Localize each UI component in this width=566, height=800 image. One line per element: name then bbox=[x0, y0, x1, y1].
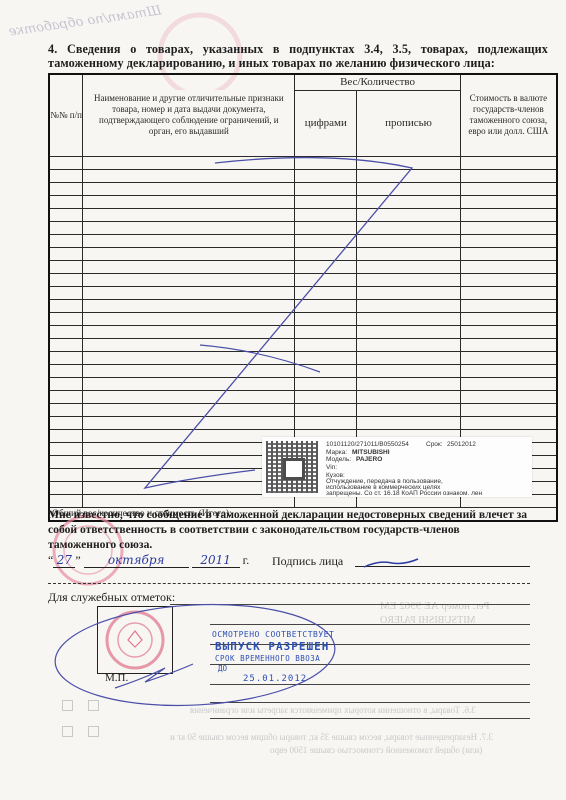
cell-name[interactable] bbox=[83, 325, 295, 338]
cell-cost[interactable] bbox=[460, 156, 557, 169]
service-line-4 bbox=[210, 664, 530, 665]
cell-words[interactable] bbox=[357, 247, 461, 260]
cell-number[interactable] bbox=[49, 468, 83, 481]
bleed-through-l1: 3.6. Товары, в отношении которых применя… bbox=[190, 705, 476, 715]
service-line-7 bbox=[210, 718, 530, 719]
cell-cost[interactable] bbox=[460, 338, 557, 351]
cell-number[interactable] bbox=[49, 442, 83, 455]
cell-cost[interactable] bbox=[460, 403, 557, 416]
cell-name[interactable] bbox=[83, 156, 295, 169]
bleed-checkbox-4 bbox=[88, 726, 99, 737]
cell-number[interactable] bbox=[49, 221, 83, 234]
cell-name[interactable] bbox=[83, 221, 295, 234]
cell-name[interactable] bbox=[83, 182, 295, 195]
table-row bbox=[49, 299, 557, 312]
cell-name[interactable] bbox=[83, 377, 295, 390]
bleed-checkbox-2 bbox=[88, 700, 99, 711]
cell-cost[interactable] bbox=[460, 208, 557, 221]
date-month: октября bbox=[84, 553, 189, 568]
bleed-checkbox-3 bbox=[62, 726, 73, 737]
section-title: 4. Сведения о товарах, указанных в подпу… bbox=[48, 42, 548, 70]
cell-cost[interactable] bbox=[460, 312, 557, 325]
cell-name[interactable] bbox=[83, 247, 295, 260]
table-row bbox=[49, 286, 557, 299]
cell-number[interactable] bbox=[49, 481, 83, 494]
sticker-model: PAJERO bbox=[356, 456, 382, 463]
cell-number[interactable] bbox=[49, 169, 83, 182]
table-row bbox=[49, 338, 557, 351]
cell-words[interactable] bbox=[357, 169, 461, 182]
dashed-separator bbox=[48, 583, 530, 584]
service-marks-label: Для служебных отметок: bbox=[48, 590, 175, 605]
cell-digits[interactable] bbox=[295, 416, 357, 429]
cell-cost[interactable] bbox=[460, 169, 557, 182]
cell-words[interactable] bbox=[357, 325, 461, 338]
cell-cost[interactable] bbox=[460, 377, 557, 390]
cell-cost[interactable] bbox=[460, 221, 557, 234]
signature-label: Подпись лица bbox=[272, 554, 343, 569]
cell-digits[interactable] bbox=[295, 377, 357, 390]
stamp-inspected: ОСМОТРЕНО СООТВЕТСТВУЕТ bbox=[212, 630, 334, 639]
cell-digits[interactable] bbox=[295, 156, 357, 169]
cell-cost[interactable] bbox=[460, 299, 557, 312]
service-line-2 bbox=[210, 624, 530, 625]
table-row bbox=[49, 247, 557, 260]
cell-cost[interactable] bbox=[460, 260, 557, 273]
cell-digits[interactable] bbox=[295, 182, 357, 195]
cell-name[interactable] bbox=[83, 169, 295, 182]
signature-date: “27” октября 2011 г. bbox=[48, 553, 249, 568]
date-day: 27 bbox=[53, 553, 75, 568]
table-row bbox=[49, 208, 557, 221]
bleed-through-reg-number: Рег. номер АЕ 9962 ЕМ bbox=[380, 600, 490, 612]
bleed-checkbox-1 bbox=[62, 700, 73, 711]
cell-words[interactable] bbox=[357, 299, 461, 312]
cell-name[interactable] bbox=[83, 195, 295, 208]
bleed-through-l3: (или) общей таможенной стоимостью свыше … bbox=[270, 745, 482, 755]
cell-number[interactable] bbox=[49, 208, 83, 221]
cell-cost[interactable] bbox=[460, 390, 557, 403]
cell-number[interactable] bbox=[49, 377, 83, 390]
cell-number[interactable] bbox=[49, 260, 83, 273]
declaration-text: Мне известно, что сообщение в таможенной… bbox=[48, 507, 528, 552]
cell-cost[interactable] bbox=[460, 325, 557, 338]
cell-words[interactable] bbox=[357, 390, 461, 403]
cell-digits[interactable] bbox=[295, 364, 357, 377]
cell-number[interactable] bbox=[49, 351, 83, 364]
sticker-vin-label: Vin: bbox=[326, 464, 337, 471]
cell-digits[interactable] bbox=[295, 273, 357, 286]
cell-digits[interactable] bbox=[295, 312, 357, 325]
cell-name[interactable] bbox=[83, 351, 295, 364]
cell-name[interactable] bbox=[83, 260, 295, 273]
cell-words[interactable] bbox=[357, 364, 461, 377]
stamp-release-permitted: ВЫПУСК РАЗРЕШЕН bbox=[215, 640, 329, 653]
cell-number[interactable] bbox=[49, 494, 83, 507]
cell-words[interactable] bbox=[357, 273, 461, 286]
sticker-model-label: Модель: bbox=[326, 456, 351, 463]
header-words: прописью bbox=[357, 90, 461, 156]
stamp-date: 25.01.2012 bbox=[243, 674, 307, 684]
cell-cost[interactable] bbox=[460, 416, 557, 429]
customs-sticker: 10101120/271011/В0550254 Срок: 25012012 … bbox=[262, 437, 532, 497]
cell-name[interactable] bbox=[83, 338, 295, 351]
cell-number[interactable] bbox=[49, 156, 83, 169]
seal-box bbox=[97, 606, 173, 674]
cell-number[interactable] bbox=[49, 286, 83, 299]
cell-words[interactable] bbox=[357, 377, 461, 390]
sticker-deadline: 25012012 bbox=[447, 441, 476, 448]
cell-digits[interactable] bbox=[295, 247, 357, 260]
cell-digits[interactable] bbox=[295, 325, 357, 338]
cell-digits[interactable] bbox=[295, 234, 357, 247]
cell-cost[interactable] bbox=[460, 247, 557, 260]
cell-words[interactable] bbox=[357, 195, 461, 208]
header-digits: цифрами bbox=[295, 90, 357, 156]
cell-number[interactable] bbox=[49, 416, 83, 429]
cell-digits[interactable] bbox=[295, 260, 357, 273]
sticker-deadline-label: Срок: bbox=[426, 441, 443, 448]
cell-number[interactable] bbox=[49, 234, 83, 247]
cell-number[interactable] bbox=[49, 338, 83, 351]
date-year: 2011 bbox=[192, 553, 240, 568]
cell-name[interactable] bbox=[83, 416, 295, 429]
service-line-5 bbox=[210, 684, 530, 685]
mp-label: М.П. bbox=[105, 672, 128, 684]
cell-number[interactable] bbox=[49, 273, 83, 286]
table-row bbox=[49, 221, 557, 234]
table-row bbox=[49, 364, 557, 377]
sticker-brand-label: Марка: bbox=[326, 449, 347, 456]
table-row bbox=[49, 416, 557, 429]
cell-words[interactable] bbox=[357, 221, 461, 234]
cell-name[interactable] bbox=[83, 364, 295, 377]
table-row bbox=[49, 195, 557, 208]
cell-name[interactable] bbox=[83, 286, 295, 299]
qr-code-icon bbox=[266, 441, 318, 493]
cell-words[interactable] bbox=[357, 416, 461, 429]
sticker-brand: MITSUBISHI bbox=[352, 449, 390, 456]
table-row bbox=[49, 234, 557, 247]
date-year-suffix: г. bbox=[243, 553, 250, 567]
stamp-until: ДО bbox=[218, 664, 227, 673]
cell-digits[interactable] bbox=[295, 338, 357, 351]
cell-name[interactable] bbox=[83, 299, 295, 312]
cell-cost[interactable] bbox=[460, 364, 557, 377]
cell-number[interactable] bbox=[49, 312, 83, 325]
cell-cost[interactable] bbox=[460, 195, 557, 208]
cell-number[interactable] bbox=[49, 195, 83, 208]
cell-words[interactable] bbox=[357, 286, 461, 299]
cell-digits[interactable] bbox=[295, 221, 357, 234]
cell-digits[interactable] bbox=[295, 195, 357, 208]
cell-words[interactable] bbox=[357, 208, 461, 221]
cell-name[interactable] bbox=[83, 390, 295, 403]
cell-digits[interactable] bbox=[295, 403, 357, 416]
signature-mark bbox=[362, 556, 422, 570]
cell-digits[interactable] bbox=[295, 390, 357, 403]
table-row bbox=[49, 403, 557, 416]
stamp-temp-import: СРОК ВРЕМЕННОГО ВВОЗА bbox=[215, 654, 320, 663]
cell-cost[interactable] bbox=[460, 273, 557, 286]
header-number: №№ п/п bbox=[49, 74, 83, 156]
table-row bbox=[49, 169, 557, 182]
bleed-through-l2: 3.7. Незапрещенные товары, весом свыше 3… bbox=[170, 732, 493, 742]
cell-words[interactable] bbox=[357, 182, 461, 195]
cell-cost[interactable] bbox=[460, 286, 557, 299]
cell-words[interactable] bbox=[357, 234, 461, 247]
cell-number[interactable] bbox=[49, 390, 83, 403]
sticker-note-3: запрещены. Со ст. 16.18 КоАП России озна… bbox=[326, 490, 482, 497]
cell-words[interactable] bbox=[357, 156, 461, 169]
cell-number[interactable] bbox=[49, 364, 83, 377]
seal-stamp-icon bbox=[98, 607, 172, 673]
table-row bbox=[49, 325, 557, 338]
cell-number[interactable] bbox=[49, 403, 83, 416]
cell-cost[interactable] bbox=[460, 234, 557, 247]
cell-number[interactable] bbox=[49, 429, 83, 442]
cell-name[interactable] bbox=[83, 273, 295, 286]
header-cost: Стоимость в валюте государств-членов там… bbox=[460, 74, 557, 156]
table-row bbox=[49, 312, 557, 325]
sticker-id: 10101120/271011/В0550254 bbox=[326, 441, 409, 448]
header-weight-qty: Вес/Количество bbox=[295, 74, 460, 90]
cell-name[interactable] bbox=[83, 312, 295, 325]
cell-digits[interactable] bbox=[295, 299, 357, 312]
table-row bbox=[49, 390, 557, 403]
service-line-6 bbox=[210, 702, 530, 703]
cell-words[interactable] bbox=[357, 312, 461, 325]
cell-digits[interactable] bbox=[295, 208, 357, 221]
cell-number[interactable] bbox=[49, 455, 83, 468]
cell-name[interactable] bbox=[83, 403, 295, 416]
table-row bbox=[49, 182, 557, 195]
cell-name[interactable] bbox=[83, 208, 295, 221]
cell-digits[interactable] bbox=[295, 169, 357, 182]
table-row bbox=[49, 273, 557, 286]
table-row bbox=[49, 377, 557, 390]
cell-number[interactable] bbox=[49, 182, 83, 195]
cell-digits[interactable] bbox=[295, 286, 357, 299]
table-row bbox=[49, 156, 557, 169]
cell-number[interactable] bbox=[49, 247, 83, 260]
cell-words[interactable] bbox=[357, 351, 461, 364]
cell-words[interactable] bbox=[357, 403, 461, 416]
service-line-1 bbox=[170, 604, 530, 605]
table-row bbox=[49, 260, 557, 273]
cell-cost[interactable] bbox=[460, 182, 557, 195]
header-name: Наименование и другие отличительные приз… bbox=[83, 74, 295, 156]
table-row bbox=[49, 351, 557, 364]
cell-words[interactable] bbox=[357, 260, 461, 273]
cell-name[interactable] bbox=[83, 234, 295, 247]
cell-number[interactable] bbox=[49, 299, 83, 312]
cell-words[interactable] bbox=[357, 338, 461, 351]
cell-cost[interactable] bbox=[460, 351, 557, 364]
cell-digits[interactable] bbox=[295, 351, 357, 364]
cell-number[interactable] bbox=[49, 325, 83, 338]
